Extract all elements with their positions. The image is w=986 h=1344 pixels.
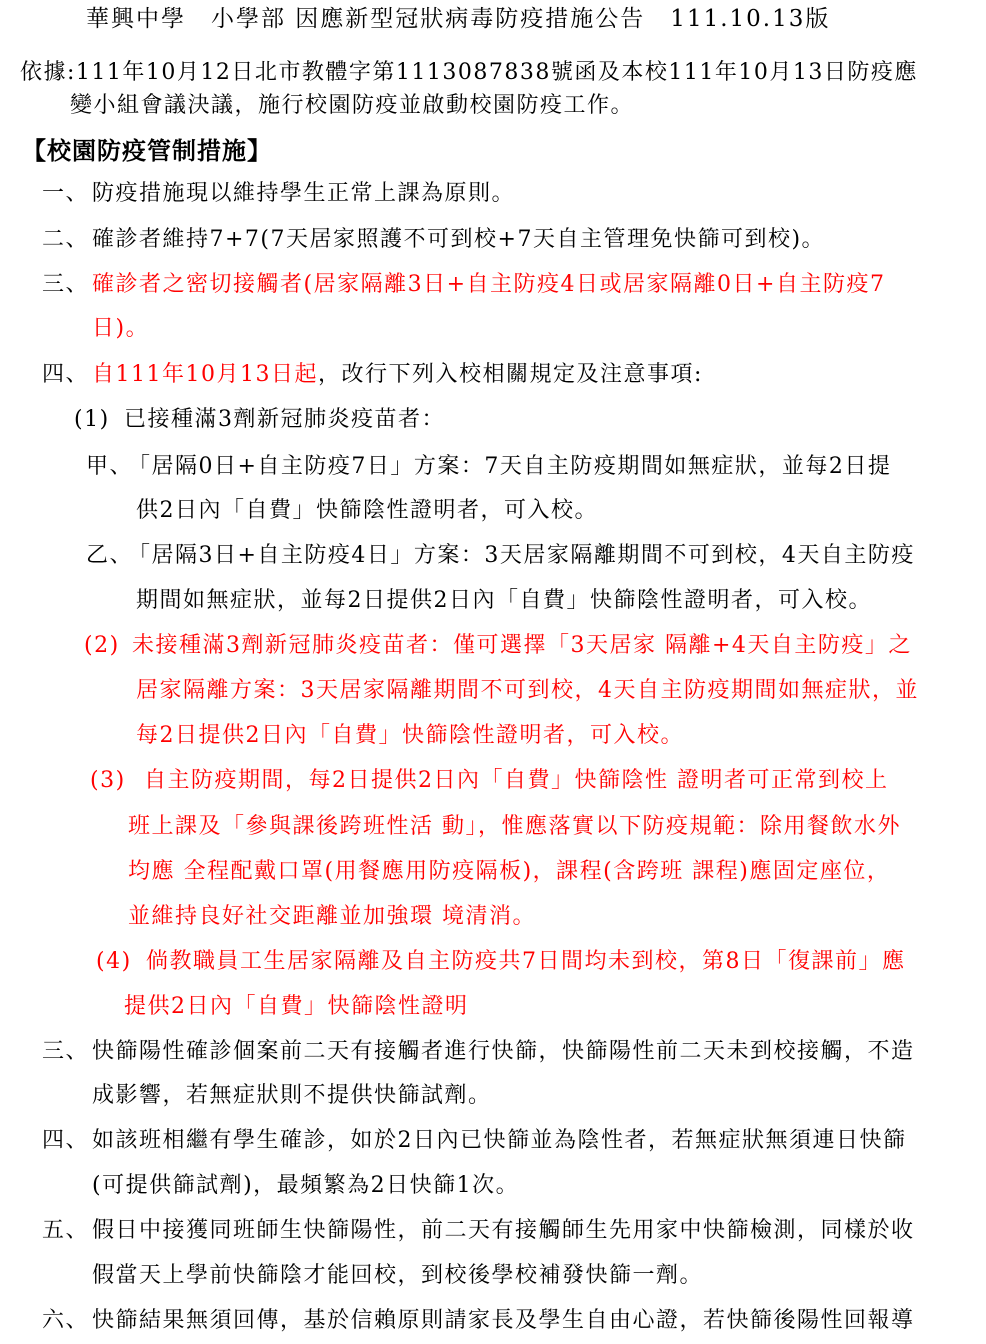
sub-text-highlight: 班上課及「參與課後跨班性活 動」，惟應落實以下防疫規範：除用餐飲水外 <box>128 812 901 842</box>
item-text: (可提供篩試劑)，最頻繁為2日快篩1次。 <box>92 1171 519 1201</box>
sub-text-highlight: 未接種滿3劑新冠肺炎疫苗者：僅可選擇「3天居家 隔離+4天自主防疫」之 <box>132 631 912 661</box>
item-marker: 三、 <box>42 1037 89 1067</box>
sub-text-highlight: 並維持良好社交距離並加強環 境清消。 <box>128 902 536 932</box>
item-text-highlight: 確診者之密切接觸者(居家隔離3日+自主防疫4日或居家隔離0日+自主防疫7 <box>92 270 885 300</box>
item-marker: 六、 <box>42 1306 89 1336</box>
item-text: 假當天上學前快篩陰才能回校，到校後學校補發快篩一劑。 <box>92 1261 703 1291</box>
item-marker: 二、 <box>42 225 89 255</box>
sub-text-highlight: 倘教職員工生居家隔離及自主防疫共7日間均未到校，第8日「復課前」應 <box>146 947 906 977</box>
item-marker: 五、 <box>42 1216 89 1246</box>
sub-text: 期間如無症狀，並每2日提供2日內「自費」快篩陰性證明者，可入校。 <box>136 586 872 616</box>
sub-text: 供2日內「自費」快篩陰性證明者，可入校。 <box>136 496 598 526</box>
item-text: 如該班相繼有學生確診，如於2日內已快篩並為陰性者，若無症狀無須連日快篩 <box>92 1126 907 1156</box>
effective-date-highlight: 自111年10月13日起 <box>92 362 318 387</box>
sub-text-highlight: 均應 全程配戴口罩(用餐應用防疫隔板)，課程(含跨班 課程)應固定座位， <box>128 857 890 887</box>
sub-marker: (3) <box>90 766 126 796</box>
sub-marker: (1) <box>74 405 110 435</box>
item-text: 假日中接獲同班師生快篩陽性，前二天有接觸師生先用家中快篩檢測，同樣於收 <box>92 1216 915 1246</box>
item-text: 快篩陽性確診個案前二天有接觸者進行快篩，快篩陽性前二天未到校接觸，不造 <box>92 1037 915 1067</box>
sub-marker: (4) <box>96 947 132 977</box>
item-text: 成影響，若無症狀則不提供快篩試劑。 <box>92 1081 492 1111</box>
sub-text-highlight: 居家隔離方案：3天居家隔離期間不可到校，4天自主防疫期間如無症狀，並 <box>136 676 919 706</box>
sub-text: 已接種滿3劑新冠肺炎疫苗者： <box>124 405 445 435</box>
basis-line-1: 依據:111年10月12日北市教體字第1113087838號函及本校111年10… <box>20 58 918 88</box>
item-text: ，改行下列入校相關規定及注意事項: <box>318 362 703 387</box>
item-text: 確診者維持7+7(7天居家照護不可到校+7天自主管理免快篩可到校)。 <box>92 225 825 255</box>
basis-line-2: 變小組會議決議，施行校園防疫並啟動校園防疫工作。 <box>70 91 634 121</box>
item-marker: 一、 <box>42 179 89 209</box>
item-marker: 四、 <box>42 1126 89 1156</box>
sub-text-highlight: 自主防疫期間，每2日提供2日內「自費」快篩陰性 證明者可正常到校上 <box>144 766 889 796</box>
sub-marker: 乙、 <box>86 541 133 571</box>
item-marker: 四、 <box>42 360 89 390</box>
sub-text: 「居隔3日+自主防疫4日」方案：3天居家隔離期間不可到校，4天自主防疫 <box>128 541 915 571</box>
item-text: 防疫措施現以維持學生正常上課為原則。 <box>92 179 515 209</box>
sub-text-highlight: 每2日提供2日內「自費」快篩陰性證明者，可入校。 <box>136 721 684 751</box>
item-text: 快篩結果無須回傳，基於信賴原則請家長及學生自由心證，若快篩後陽性回報導 <box>92 1306 915 1336</box>
sub-marker: (2) <box>84 631 120 661</box>
section-heading: 【校園防疫管制措施】 <box>22 136 272 166</box>
item-text-mixed: 自111年10月13日起，改行下列入校相關規定及注意事項: <box>92 360 703 390</box>
document-title: 華興中學 小學部 因應新型冠狀病毒防疫措施公告 111.10.13版 <box>86 4 830 34</box>
sub-text: 「居隔0日+自主防疫7日」方案：7天自主防疫期間如無症狀，並每2日提 <box>128 452 891 482</box>
item-text-highlight: 日)。 <box>92 314 149 344</box>
sub-text-highlight: 提供2日內「自費」快篩陰性證明 <box>124 992 469 1022</box>
sub-marker: 甲、 <box>86 452 133 482</box>
item-marker: 三、 <box>42 270 89 300</box>
